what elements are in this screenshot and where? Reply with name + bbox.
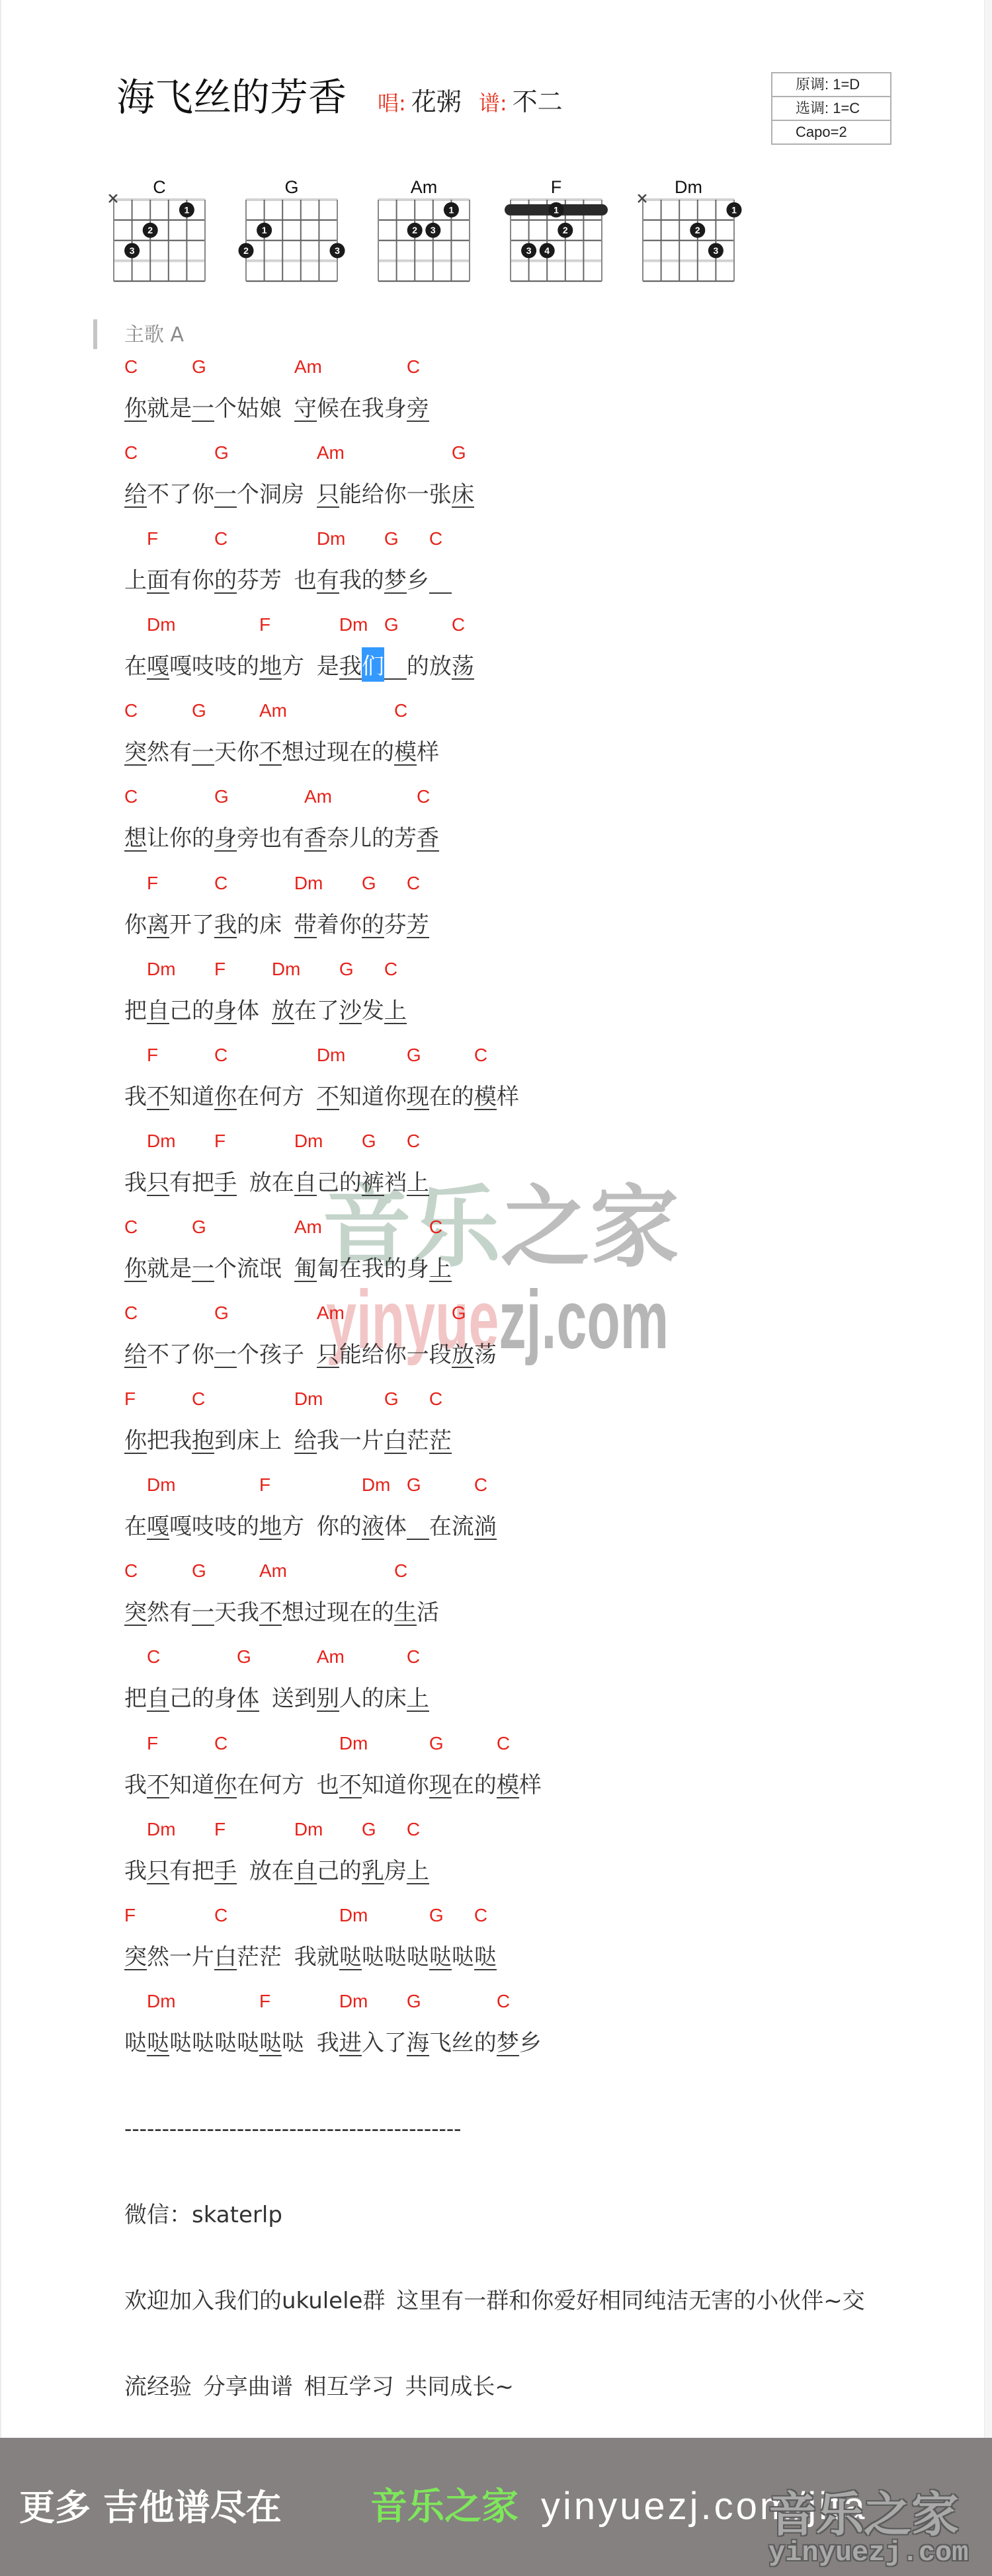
chord-label[interactable]: Am: [317, 1304, 345, 1322]
lyric-line: C给不了你G一个洞房 Am只能给你一张G床: [124, 444, 542, 530]
lyric-line: 我F不知道C你在何方 也Dm不知道你G现在的C模样: [124, 1734, 542, 1820]
chord-label[interactable]: Am: [317, 1648, 345, 1666]
lyric-text: 带着你: [294, 912, 362, 938]
lyric-text: 地方 是: [259, 653, 339, 680]
chord-label[interactable]: Dm: [147, 1992, 176, 2011]
chord-label[interactable]: C: [214, 1906, 227, 1925]
chord-label[interactable]: Dm: [294, 1820, 323, 1839]
wechat-contact: 微信：skaterlp: [124, 2204, 282, 2226]
footer-logo-url: yinyuezj.com: [768, 2538, 968, 2567]
chord-label[interactable]: Am: [294, 1218, 322, 1236]
chord-position-char: 有: [317, 569, 339, 594]
page-edge-right: [984, 0, 992, 2438]
chord-position-char: 不: [317, 1086, 339, 1110]
chord-position-char: 自: [294, 1860, 317, 1884]
lyric-text: 香奈儿的芳: [304, 825, 417, 852]
chord-label[interactable]: C: [429, 530, 442, 548]
lyric-text: 我的床: [214, 912, 294, 938]
lyric-text: 乳房: [362, 1858, 407, 1884]
chord-position-char: 不: [339, 1774, 362, 1798]
svg-text:3: 3: [130, 245, 135, 256]
chord-label[interactable]: C: [407, 1820, 420, 1839]
lyric-segment: F面有你: [147, 530, 214, 594]
lyric-segment: F离开了: [147, 874, 214, 938]
chord-position-char: 只: [147, 1860, 169, 1884]
lyric-segment: F地方 是: [259, 616, 339, 680]
chord-label[interactable]: C: [214, 1046, 227, 1065]
chord-label[interactable]: G: [452, 1304, 466, 1322]
chord-position-char: 生: [394, 1601, 417, 1626]
chord-label[interactable]: C: [429, 1218, 442, 1236]
chord-position-char: 哒: [259, 2032, 282, 2056]
chord-label[interactable]: G: [237, 1648, 251, 1666]
chord-label[interactable]: F: [147, 1046, 158, 1065]
chord-diagram-f: F1234: [496, 173, 615, 286]
chord-label[interactable]: Dm: [294, 874, 323, 893]
chord-label[interactable]: C: [407, 1132, 420, 1150]
chord-position-char: 抱: [192, 1429, 214, 1454]
chord-label[interactable]: F: [259, 616, 270, 634]
chord-position-char: 不: [147, 1774, 169, 1798]
lyric-segment: 我: [124, 1734, 147, 1796]
chord-position-char: 嘎: [147, 655, 169, 680]
lyric-segment: 我: [124, 1820, 147, 1882]
chord-label[interactable]: C: [394, 1562, 407, 1580]
lyric-segment: G的芬: [362, 874, 407, 938]
chord-label[interactable]: C: [124, 1304, 138, 1322]
lyric-segment: C梦乡: [497, 1992, 542, 2056]
chord-label[interactable]: C: [124, 1218, 138, 1236]
lyric-segment: C芳: [407, 874, 429, 938]
lyric-segment: G一天你: [192, 702, 259, 766]
lyric-text: 上: [124, 567, 147, 594]
lyric-text: 茫: [429, 1428, 452, 1454]
chord-label[interactable]: G: [384, 1390, 399, 1408]
chord-label[interactable]: C: [124, 444, 138, 462]
chord-label[interactable]: Dm: [147, 616, 176, 634]
lyric-segment: C的芬芳 也: [214, 530, 317, 594]
chord-position-char: 只: [317, 1344, 339, 1368]
chord-label[interactable]: G: [362, 1820, 376, 1839]
lyric-segment: G身旁也有: [214, 787, 304, 852]
lyric-segment: G乳房: [362, 1820, 407, 1884]
chord-position-char: 模: [497, 1774, 519, 1798]
tabber-label: 谱:: [479, 90, 507, 116]
chord-label[interactable]: G: [214, 1304, 229, 1322]
lyric-segment: F不知道: [147, 1734, 214, 1798]
chord-position-char: 哒: [339, 1946, 362, 1970]
chord-position-char: 自: [147, 1687, 169, 1712]
lyric-segment: C给不了你: [124, 1304, 214, 1368]
lyric-segment: Dm不知道你: [317, 1046, 407, 1110]
lyric-segment: C香: [417, 787, 439, 852]
lyric-line: F突然一片C白茫茫 我就Dm哒哒哒哒G哒哒C哒: [124, 1906, 542, 1992]
chord-label[interactable]: F: [214, 1132, 226, 1150]
lyric-text: 突然有: [124, 739, 192, 766]
lyric-text: 我: [124, 1858, 147, 1884]
lyric-segment: Am不想过现在的: [259, 1562, 394, 1626]
fretboard-grid: 123: [364, 194, 483, 287]
lyric-segment: G哒哒: [429, 1906, 474, 1970]
chord-position-char: 给: [124, 483, 147, 508]
chord-position-char: 身: [214, 1000, 237, 1024]
lyric-segment: C你在何方: [214, 1046, 317, 1110]
page-edge-left: [0, 0, 1, 2438]
chord-position-char: 嘎: [147, 1515, 169, 1540]
lyric-text: 手 放在: [214, 1858, 294, 1884]
lyric-segment: C我的床: [214, 874, 294, 938]
chord-label[interactable]: G: [192, 702, 206, 720]
chord-label[interactable]: Am: [294, 358, 322, 376]
lyric-segment: G 的放: [384, 616, 452, 680]
selected-text[interactable]: 们: [362, 647, 384, 682]
finger-dot: 3: [124, 243, 140, 259]
svg-text:2: 2: [695, 225, 700, 235]
lyric-segment: C白茫茫 我就: [214, 1906, 339, 1970]
chord-position-char: 想: [124, 827, 147, 852]
chord-label[interactable]: Dm: [339, 1906, 368, 1925]
lyric-segment: C哒: [474, 1906, 497, 1970]
chord-label[interactable]: F: [147, 530, 158, 548]
chord-position-char: 一: [192, 1258, 214, 1282]
lyric-text: 守候在我身: [294, 395, 407, 422]
invite-text-line-2: 流经验 分享曲谱 相互学习 共同成长~: [124, 2376, 514, 2398]
chord-position-char: 上: [407, 1860, 429, 1884]
chord-label[interactable]: G: [407, 1476, 421, 1494]
chord-label[interactable]: F: [259, 1476, 270, 1494]
chord-label[interactable]: G: [429, 1734, 444, 1753]
lyric-segment: C自己的身: [147, 1648, 237, 1712]
lyric-text: 我: [339, 653, 362, 680]
chord-label[interactable]: G: [339, 960, 354, 979]
lyric-text: 海飞丝的: [407, 2030, 497, 2056]
chord-position-char: 你: [214, 1774, 237, 1798]
chord-position-char: 守: [294, 397, 317, 422]
chord-label[interactable]: G: [192, 358, 206, 376]
finger-dot: 1: [179, 202, 194, 218]
song-credits: 唱: 花粥 谱: 不二: [378, 89, 580, 115]
lyric-line: C你就是G一个流氓 Am匍匐在我的身C上: [124, 1218, 542, 1304]
svg-text:3: 3: [335, 245, 340, 256]
lyric-text: 自己的身: [147, 1685, 237, 1712]
chord-label[interactable]: Am: [259, 1562, 287, 1580]
lyric-text: 自己的: [294, 1170, 362, 1196]
svg-text:2: 2: [412, 225, 417, 235]
chord-position-char: 你: [124, 1429, 147, 1454]
lyric-text: 身体: [214, 998, 272, 1024]
chord-position-char: [407, 1515, 429, 1540]
lyrics-body: C你就是G一个姑娘 Am守候在我身C旁C给不了你G一个洞房 Am只能给你一张G床…: [124, 358, 542, 2078]
chord-label[interactable]: C: [407, 1648, 420, 1666]
lyric-segment: C上: [407, 1132, 429, 1196]
chord-label[interactable]: Dm: [339, 1992, 368, 2011]
chord-label[interactable]: Dm: [317, 530, 346, 548]
lyric-text: [429, 567, 452, 594]
finger-dot: 3: [425, 223, 440, 238]
chord-label[interactable]: Dm: [294, 1390, 323, 1408]
lyric-segment: G体 送到: [237, 1648, 317, 1712]
chord-label[interactable]: Dm: [362, 1476, 391, 1494]
chord-label[interactable]: C: [407, 358, 420, 376]
chord-label[interactable]: Dm: [147, 1476, 176, 1494]
lyric-text: 只有把: [147, 1170, 214, 1196]
lyric-text: 旁: [407, 395, 429, 422]
chord-label[interactable]: Am: [304, 787, 332, 806]
chord-label[interactable]: Dm: [147, 960, 176, 979]
lyric-segment: Dm自己的: [294, 1132, 362, 1196]
lyric-segment: 你: [124, 874, 147, 936]
chord-label[interactable]: G: [192, 1562, 206, 1580]
chord-label[interactable]: G: [362, 874, 376, 893]
lyric-segment: G床: [452, 444, 474, 508]
lyric-segment: F突然一片: [124, 1906, 214, 1970]
chord-label[interactable]: G: [384, 530, 399, 548]
svg-text:1: 1: [449, 204, 454, 215]
lyric-segment: Dm嘎嘎吱吱的: [147, 1476, 259, 1540]
lyric-text: 白茫茫 我就: [214, 1944, 339, 1970]
chord-label[interactable]: C: [429, 1390, 442, 1408]
lyric-text: 一个洞房: [214, 481, 317, 508]
lyric-text: 放荡: [452, 1342, 497, 1368]
chord-label[interactable]: C: [214, 874, 227, 893]
chord-diagram-am: Am123: [364, 173, 483, 286]
chord-label[interactable]: F: [147, 1734, 158, 1753]
chord-label[interactable]: G: [362, 1132, 376, 1150]
lyric-text: 嘎嘎吱吱的: [147, 1513, 259, 1540]
lyric-segment: F身体: [214, 960, 272, 1024]
finger-dot: 2: [690, 223, 705, 238]
lyric-segment: C: [429, 530, 452, 594]
chord-position-char: 乳: [362, 1860, 384, 1884]
lyric-segment: C生活: [394, 1562, 439, 1626]
chord-label[interactable]: G: [192, 1218, 206, 1236]
lyric-line: 上F面有你C的芬芳 也Dm有我的G梦乡C: [124, 530, 542, 616]
lyric-text: 的芬芳 也: [214, 567, 317, 594]
lyric-text: 嘎嘎吱吱的: [147, 653, 259, 680]
footer-banner[interactable]: 更多 吉他谱尽在 音乐之家 yinyuezj.com/jita 音乐之家 yin…: [0, 2438, 992, 2576]
singer-name[interactable]: 花粥: [411, 89, 462, 115]
chord-label[interactable]: G: [214, 444, 229, 462]
barre-finger: 1: [505, 202, 608, 218]
fretboard-grid: 123: [628, 194, 747, 287]
fretboard-grid: 1234: [496, 194, 615, 287]
chord-position-char: [429, 569, 452, 594]
chord-label[interactable]: G: [429, 1906, 444, 1925]
lyric-text: 模样: [497, 1772, 542, 1798]
chord-label[interactable]: Dm: [147, 1820, 176, 1839]
lyric-text: 自己的: [294, 1858, 362, 1884]
chord-label[interactable]: F: [124, 1390, 136, 1408]
finger-dot: 3: [521, 243, 536, 259]
chord-label[interactable]: G: [407, 1992, 421, 2011]
svg-text:2: 2: [243, 245, 249, 256]
chord-label[interactable]: C: [124, 702, 138, 720]
chord-diagram-name: Am: [378, 178, 470, 196]
chord-label[interactable]: G: [384, 616, 399, 634]
chord-label[interactable]: C: [147, 1648, 160, 1666]
chord-label[interactable]: Dm: [317, 1046, 346, 1065]
chord-label[interactable]: Dm: [147, 1132, 176, 1150]
lyric-segment: G白茫: [384, 1390, 429, 1454]
chord-label[interactable]: C: [124, 358, 138, 376]
chord-position-char: 面: [147, 569, 169, 594]
lyric-line: 在Dm嘎嘎吱吱的F地方 你的Dm液体G 在流C淌: [124, 1476, 542, 1562]
lyric-text: 荡: [452, 653, 474, 680]
chord-label[interactable]: C: [192, 1390, 205, 1408]
chord-position-char: 现: [429, 1774, 452, 1798]
chord-position-char: 上: [407, 1687, 429, 1712]
key-info-box: 原调: 1=D 选调: 1=C Capo=2: [771, 72, 891, 145]
lyric-text: 床: [452, 481, 474, 508]
chord-diagram-dm: Dm123: [628, 173, 747, 286]
chord-position-char: 上: [407, 1172, 429, 1196]
chord-position-char: 地: [259, 1515, 282, 1540]
chord-label[interactable]: Dm: [272, 960, 301, 979]
chord-position-char: 我: [214, 914, 237, 938]
chord-label[interactable]: C: [497, 1734, 510, 1753]
lyric-text: 生活: [394, 1599, 439, 1626]
svg-text:1: 1: [262, 225, 267, 235]
lyric-line: C突然有G一天你Am不想过现在的C模样: [124, 702, 542, 787]
lyric-segment: 在: [124, 1476, 147, 1538]
lyric-line: 把Dm自己的F身体 Dm放在了G沙发C上: [124, 960, 542, 1046]
chord-position-char: 身: [214, 827, 237, 852]
lyric-text: 你就是: [124, 395, 192, 422]
lyric-segment: 们: [362, 616, 384, 678]
chord-label[interactable]: C: [214, 530, 227, 548]
chord-label[interactable]: C: [417, 787, 430, 806]
chord-position-char: 突: [124, 1946, 147, 1970]
chord-label[interactable]: C: [124, 1562, 138, 1580]
chord-label[interactable]: G: [407, 1046, 421, 1065]
lyric-text: 哒哒: [429, 1944, 474, 1970]
lyric-segment: C上: [384, 960, 407, 1024]
lyric-segment: 上: [124, 530, 147, 592]
chord-position-char: 我: [339, 655, 362, 680]
lyric-text: 一天你: [192, 739, 259, 766]
chord-position-char: 只: [147, 1172, 169, 1196]
chord-label[interactable]: Am: [259, 702, 287, 720]
lyric-segment: C荡: [452, 616, 474, 680]
tab-page: 海飞丝的芳香 唱: 花粥 谱: 不二 原调: 1=D 选调: 1=C Capo=…: [0, 0, 992, 2576]
lyric-segment: C你就是: [124, 1218, 192, 1282]
chord-position-char: [384, 655, 407, 680]
chord-label[interactable]: F: [214, 1820, 226, 1839]
chord-label[interactable]: G: [452, 444, 466, 462]
lyric-text: 我: [124, 1772, 147, 1798]
chord-position-char: 哒: [474, 1946, 497, 1970]
lyric-segment: Dm哒哒哒哒: [339, 1906, 429, 1970]
lyric-text: 你: [124, 912, 147, 938]
lyric-text: 上: [384, 998, 407, 1024]
lyric-segment: G一个流氓: [192, 1218, 294, 1282]
tabber-name[interactable]: 不二: [513, 89, 563, 115]
lyric-text: 我: [124, 1084, 147, 1110]
lyric-text: 现在的: [429, 1772, 497, 1798]
lyric-text: 白茫: [384, 1428, 429, 1454]
chord-position-char: 荡: [452, 655, 474, 680]
chord-position-char: 突: [124, 741, 147, 766]
selected-key: 选调: 1=C: [772, 96, 890, 120]
chord-position-char: 地: [259, 655, 282, 680]
chord-label[interactable]: Am: [317, 444, 345, 462]
chord-label[interactable]: C: [497, 1992, 510, 2011]
lyric-segment: Dm放在了: [272, 960, 339, 1024]
chord-label[interactable]: Dm: [339, 1734, 368, 1753]
chord-label[interactable]: C: [474, 1906, 487, 1925]
lyric-segment: Am别人的床: [317, 1648, 407, 1712]
lyric-text: 只能给你一段: [317, 1342, 452, 1368]
lyric-segment: 在: [124, 616, 147, 678]
chord-position-char: 床: [452, 483, 474, 508]
lyric-segment: C上: [407, 1648, 429, 1712]
chord-label[interactable]: C: [452, 616, 465, 634]
chord-position-char: 哒: [429, 1946, 452, 1970]
chord-position-char: 一: [214, 483, 237, 508]
chord-label[interactable]: C: [214, 1734, 227, 1753]
chord-label[interactable]: F: [124, 1906, 136, 1925]
footer-brand-name[interactable]: 音乐之家: [370, 2489, 518, 2526]
chord-label[interactable]: F: [259, 1992, 270, 2011]
chord-label[interactable]: C: [394, 702, 407, 720]
chord-label[interactable]: C: [474, 1046, 487, 1065]
lyric-text: 香: [417, 825, 439, 852]
footer-promo-text: 更多 吉他谱尽在: [19, 2489, 282, 2526]
chord-position-char: 不: [259, 1601, 282, 1626]
lyric-text: 不知道: [147, 1084, 214, 1110]
chord-label[interactable]: G: [214, 787, 229, 806]
lyric-text: 只能给你一张: [317, 481, 452, 508]
lyric-text: 不想过现在的: [259, 739, 394, 766]
lyric-segment: G海飞丝的: [407, 1992, 497, 2056]
chord-position-char: 淌: [474, 1515, 497, 1540]
lyric-text: 给不了你: [124, 1342, 214, 1368]
svg-text:1: 1: [731, 204, 737, 215]
finger-dot: 1: [444, 202, 459, 218]
section-marker-bar: [93, 319, 97, 349]
chord-label[interactable]: Dm: [294, 1132, 323, 1150]
lyric-line: C给不了你G一个孩子 Am只能给你一段G放荡: [124, 1304, 542, 1390]
lyric-text: 在: [124, 1513, 147, 1540]
chord-position-char: 给: [124, 1344, 147, 1368]
chord-position-char: 旁: [407, 397, 429, 422]
lyric-segment: Am匍匐在我的身: [294, 1218, 429, 1282]
lyric-segment: C给不了你: [124, 444, 214, 508]
chord-position-char: 别: [317, 1687, 339, 1712]
lyric-segment: Dm嘎嘎吱吱的: [147, 616, 259, 680]
chord-label[interactable]: F: [147, 874, 158, 893]
chord-position-char: 匍: [294, 1258, 317, 1282]
finger-dot: 2: [407, 223, 423, 238]
lyric-text: 自己的: [147, 998, 214, 1024]
lyric-segment: G现在的: [407, 1046, 474, 1110]
chord-label[interactable]: F: [214, 960, 226, 979]
chord-label[interactable]: C: [384, 960, 397, 979]
lyric-text: 上: [407, 1858, 429, 1884]
chord-position-char: 手: [214, 1172, 237, 1196]
chord-label[interactable]: C: [124, 787, 138, 806]
chord-label[interactable]: C: [474, 1476, 487, 1494]
finger-dot: 1: [727, 202, 742, 218]
chord-position-char: 沙: [339, 1000, 362, 1024]
chord-label[interactable]: C: [407, 874, 420, 893]
lyric-segment: Dm自己的: [147, 960, 214, 1024]
singer-label: 唱:: [378, 90, 406, 116]
lyric-text: 哒: [474, 1944, 497, 1970]
svg-text:3: 3: [714, 245, 719, 256]
lyric-text: 芳: [407, 912, 429, 938]
lyric-text: 进入了: [339, 2030, 407, 2056]
